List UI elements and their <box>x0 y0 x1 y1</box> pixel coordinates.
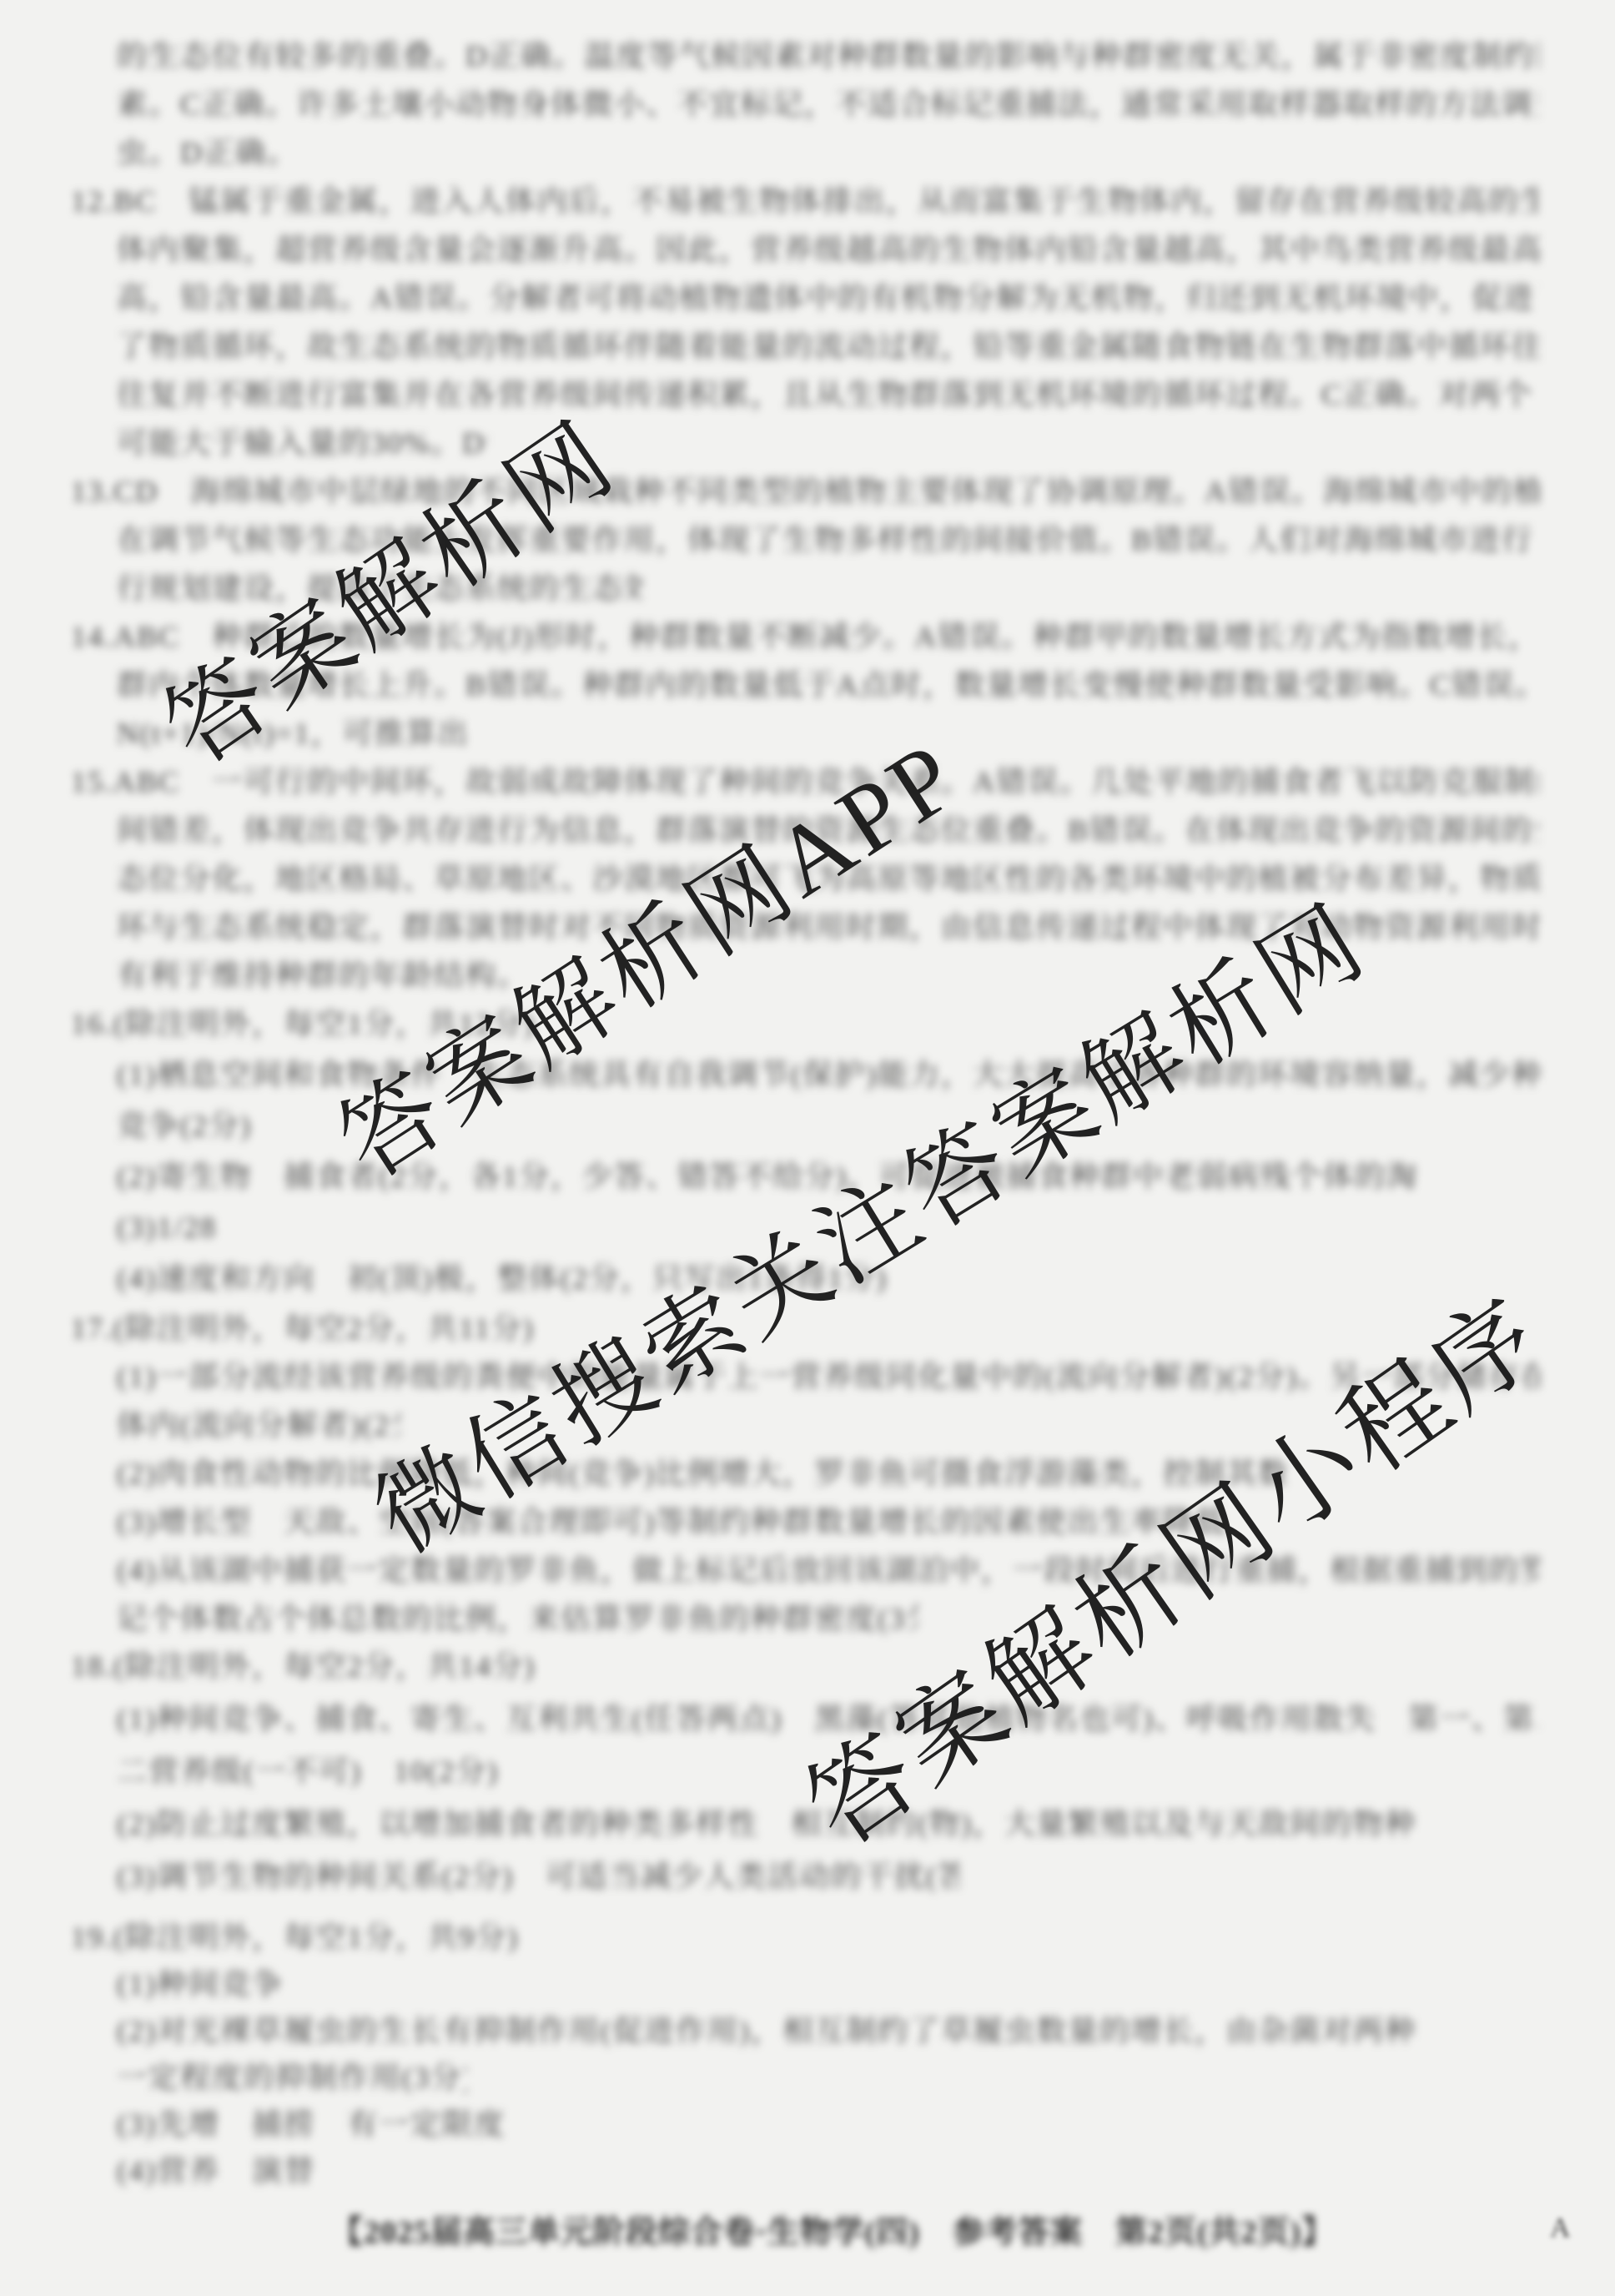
blurred-text-line: (3)调节生物的种间关系(2分) 可适当减少人类活动的干扰(答案合理即可) <box>117 1858 959 1896</box>
blurred-text-line: 12.BC 锰属于重金属，进入人体内后，不易被生物体排出，从而富集于生物体内，留… <box>71 183 1539 221</box>
blurred-text-line: (1)种间竞争 <box>117 1966 325 2004</box>
blurred-text-line: 的生态位有较多的重叠。D正确。温度等气候因素对种群数量的影响与种群密度无关，属于… <box>117 38 1539 76</box>
blurred-text-line: 17.(除注明外，每空2分，共11分) <box>71 1310 588 1348</box>
blurred-text-line: (4)营养 演替 <box>117 2152 367 2191</box>
blurred-text-line: (3)增长型 天敌、空间(答案合理即可)等制约种群数量增长的因素使出生率降低、死… <box>117 1503 1226 1542</box>
blurred-text-line: 18.(除注明外，每空2分，共14分) <box>71 1648 588 1686</box>
footer-caption: 【2025届高三单元阶段综合卷·生物学(四) 参考答案 第2页(共2页)】 <box>324 2206 1341 2252</box>
blurred-text-line: 一定程度的抑制作用(3分) <box>117 2059 467 2097</box>
blurred-text-line: (2)寄生物 捕食者(2分，各1分，少答、错答不给分)，可促进被捕食种群中老弱病… <box>117 1158 1418 1196</box>
blurred-text-line: 19.(除注明外，每空1分，共9分) <box>71 1919 563 1957</box>
page-version-letter: A <box>1550 2213 1571 2244</box>
document-page: 的生态位有较多的重叠。D正确。温度等气候因素对种群数量的影响与种群密度无关，属于… <box>0 0 1615 2296</box>
blurred-text-line: (3)1/28 <box>117 1209 292 1247</box>
blurred-text-line: 二营养级(一不可) 10(2分) <box>117 1753 517 1791</box>
blurred-text-line: 体内聚集，超营养级含量会逐渐升高。因此，营养级越高的生物体内铅含量越高，其中鸟类… <box>117 231 1539 269</box>
blurred-text-line: 了物质循环，故生态系统的物质循环伴随着能量的流动过程，铅等重金属随食物链在生物群… <box>117 328 1539 366</box>
blurred-text-line: (2)防止过度繁殖，以增加捕食者的种类多样性 相互制约(物)，大量繁殖以及与天敌… <box>117 1805 1418 1844</box>
blurred-text-line: (4)从该湖中捕获一定数量的罗非鱼，做上标记后放回该湖泊中，一段时间后进行重捕，… <box>117 1552 1539 1590</box>
blurred-text-line: 竞争(2分) <box>117 1107 334 1145</box>
blurred-text-line: 往复并不断进行富集并在各营养级间传递积累，且从生物群落到无机环境的循环过程。C正… <box>117 376 1539 415</box>
blurred-text-line: (2)对光裸草履虫的生长有抑制作用(促进作用)，相互制约了草履虫数量的增长，由杂… <box>117 2012 1418 2051</box>
blurred-text-line: (2)肉食性动物的比例降低，种间(竞争)比例增大，罗非鱼可摄食浮游藻类，控制其数… <box>117 1455 1285 1493</box>
blurred-text-line: 体内(流向分解者)(2分) <box>117 1407 400 1445</box>
blurred-text-line: 高，铅含量最高。A错误。分解者可将动植物遗体中的有机物分解为无机物，归还到无机环… <box>117 279 1539 318</box>
blurred-text-line: 虫。D正确。 <box>117 134 279 173</box>
blurred-text-line: 13.CD 海绵城市中层绿地的不同区域栽种不同类型的植物主要体现了协调原理。A错… <box>71 473 1539 511</box>
blurred-text-line: 素。C正确。许多土壤小动物身体微小、不宜标记，不适合标记重捕法，通常采用取样器取… <box>117 86 1539 124</box>
blurred-text-line: 记个体数占个体总数的比例，来估算罗非鱼的种群密度(3分) <box>117 1600 918 1639</box>
blurred-text-line: 可能大于输入量的30%。D错误。 <box>117 425 488 463</box>
blurred-text-line: (3)先增 捕捞 有一定限度 <box>117 2106 534 2144</box>
